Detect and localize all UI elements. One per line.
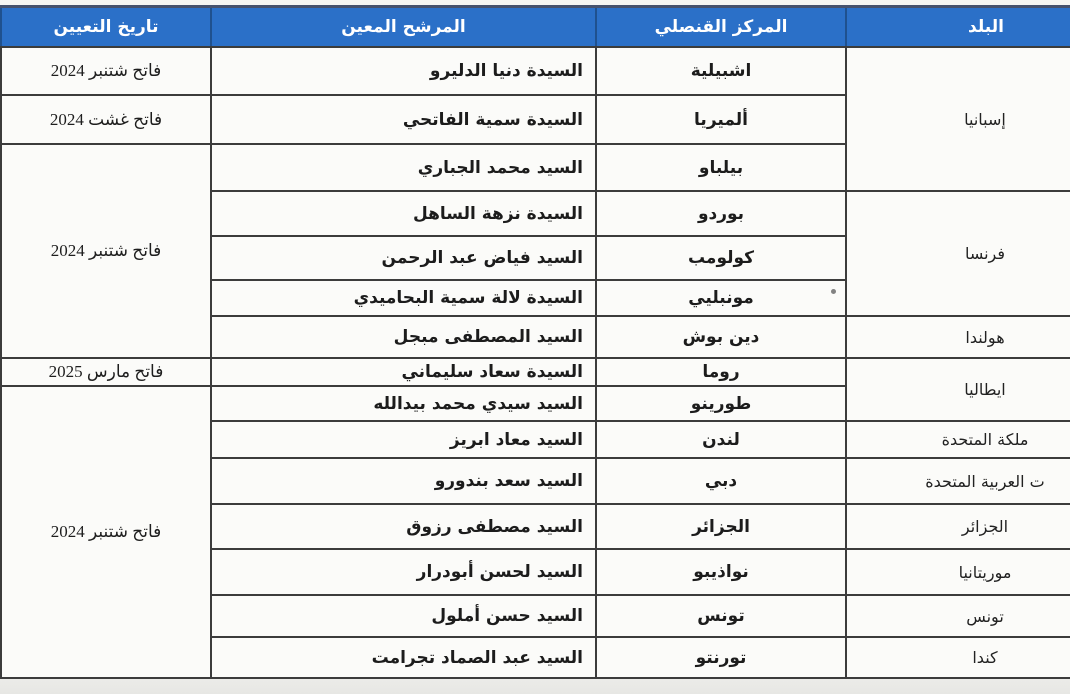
country-cell: ت العربية المتحدة (846, 458, 1070, 504)
candidate-cell: السيد فياض عبد الرحمن (211, 236, 596, 280)
center-cell: كولومب (596, 236, 846, 280)
center-cell: تورنتو (596, 637, 846, 678)
candidate-cell: السيد حسن أملول (211, 595, 596, 637)
candidate-cell: السيد المصطفى مبجل (211, 316, 596, 358)
date-cell: فاتح شتنبر 2024 (1, 144, 211, 358)
center-cell: اشبيلية (596, 47, 846, 95)
candidate-cell: السيدة لالة سمية البحاميدي (211, 280, 596, 316)
center-cell: لندن (596, 421, 846, 458)
date-cell: فاتح شتنبر 2024 (1, 47, 211, 95)
center-cell: دبي (596, 458, 846, 504)
table-row: إسبانيا اشبيلية السيدة دنيا الدليرو فاتح… (1, 47, 1070, 95)
country-cell: ايطاليا (846, 358, 1070, 421)
header-candidate: المرشح المعين (211, 7, 596, 48)
country-cell: فرنسا (846, 191, 1070, 316)
candidate-cell: السيد معاد ابريز (211, 421, 596, 458)
center-cell: بوردو (596, 191, 846, 236)
candidate-cell: السيد سعد بندورو (211, 458, 596, 504)
center-cell: نواذيبو (596, 549, 846, 595)
candidate-cell: السيدة سمية الفاتحي (211, 95, 596, 144)
center-cell: ألميريا (596, 95, 846, 144)
date-cell: فاتح غشت 2024 (1, 95, 211, 144)
country-cell: هولندا (846, 316, 1070, 358)
center-cell: روما (596, 358, 846, 386)
candidate-cell: السيد عبد الصماد تجرامت (211, 637, 596, 678)
country-cell: إسبانيا (846, 47, 1070, 191)
scan-artifact-dot (831, 289, 836, 294)
date-cell: فاتح شتنبر 2024 (1, 386, 211, 678)
date-cell: فاتح مارس 2025 (1, 358, 211, 386)
center-cell: تونس (596, 595, 846, 637)
country-cell: كندا (846, 637, 1070, 678)
header-date: تاريخ التعيين (1, 7, 211, 48)
candidate-cell: السيد لحسن أبودرار (211, 549, 596, 595)
header-center: المركز القنصلي (596, 7, 846, 48)
header-row: البلد المركز القنصلي المرشح المعين تاريخ… (1, 7, 1070, 48)
candidate-cell: السيد محمد الجباري (211, 144, 596, 191)
country-cell: تونس (846, 595, 1070, 637)
header-country: البلد (846, 7, 1070, 48)
scanned-document: البلد المركز القنصلي المرشح المعين تاريخ… (0, 0, 1070, 694)
candidate-cell: السيدة نزهة الساهل (211, 191, 596, 236)
center-cell: مونبليي (596, 280, 846, 316)
country-cell: موريتانيا (846, 549, 1070, 595)
candidate-cell: السيدة دنيا الدليرو (211, 47, 596, 95)
consular-appointments-table: البلد المركز القنصلي المرشح المعين تاريخ… (0, 5, 1070, 679)
country-cell: الجزائر (846, 504, 1070, 549)
candidate-cell: السيدة سعاد سليماني (211, 358, 596, 386)
candidate-cell: السيد سيدي محمد بيدالله (211, 386, 596, 421)
center-cell: طورينو (596, 386, 846, 421)
center-cell: الجزائر (596, 504, 846, 549)
center-cell: بيلباو (596, 144, 846, 191)
table-row: ايطاليا روما السيدة سعاد سليماني فاتح ما… (1, 358, 1070, 386)
candidate-cell: السيد مصطفى رزوق (211, 504, 596, 549)
center-cell: دين بوش (596, 316, 846, 358)
country-cell: ملكة المتحدة (846, 421, 1070, 458)
